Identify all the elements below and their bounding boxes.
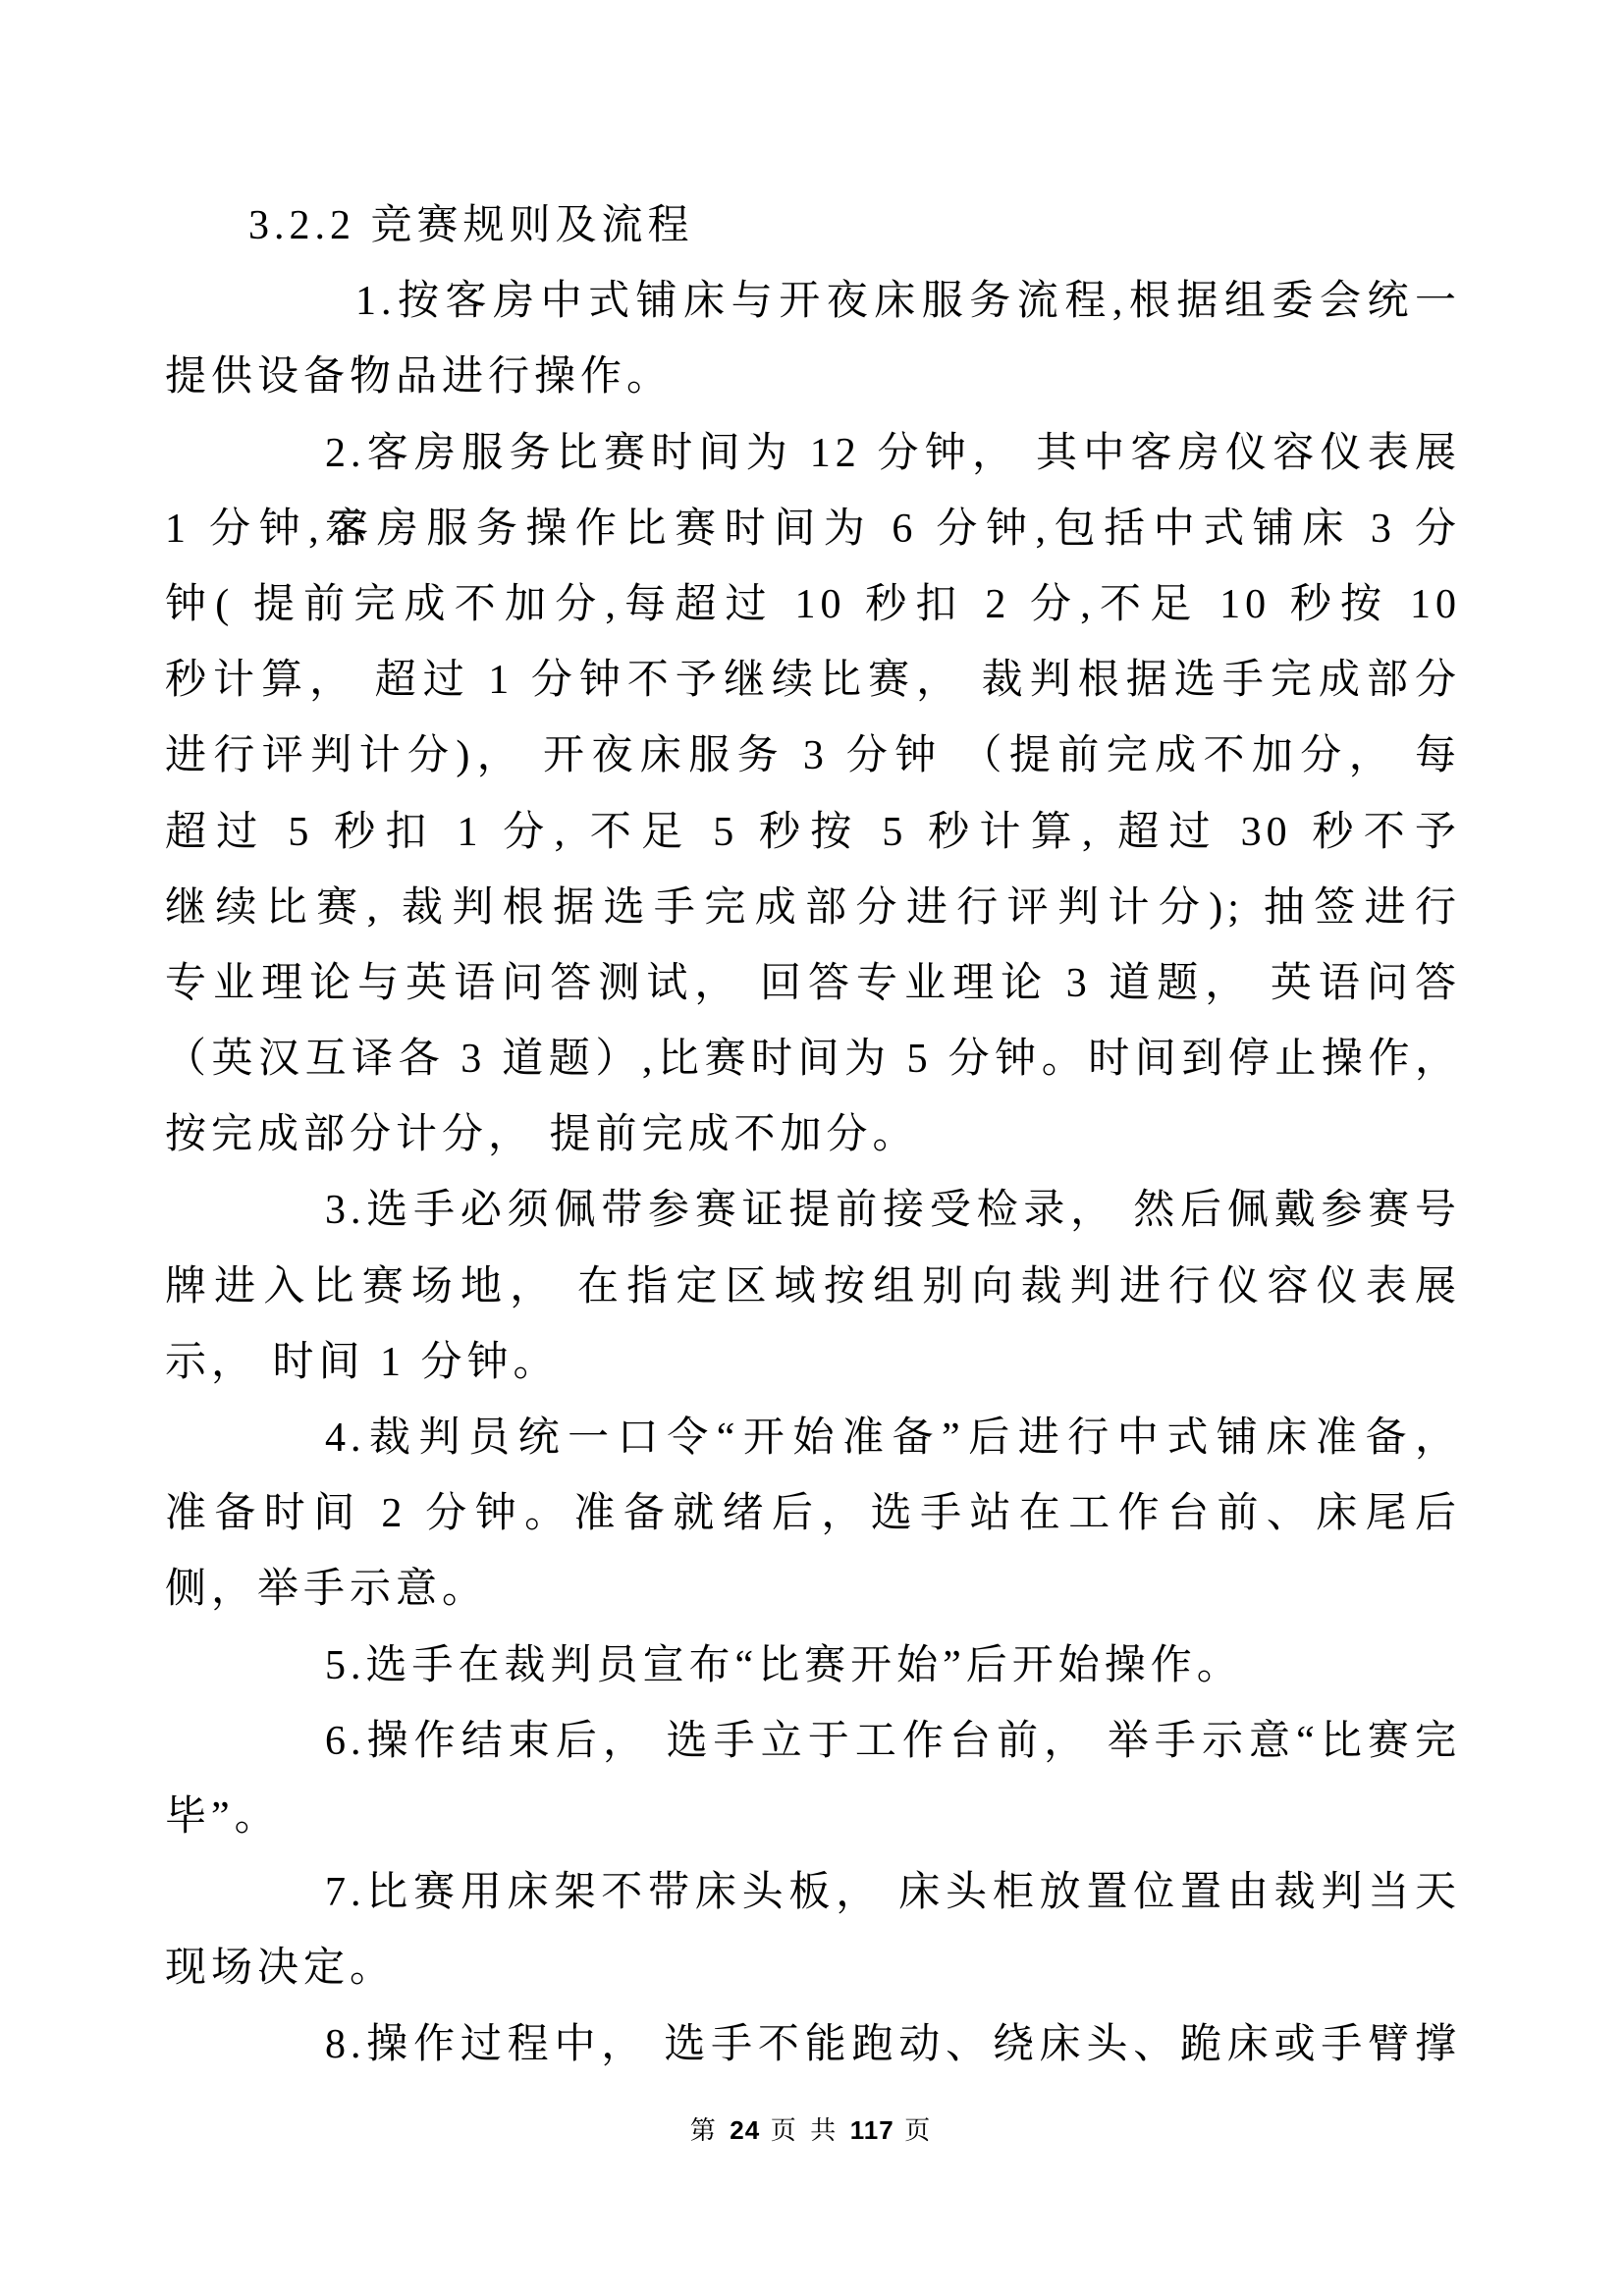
document-page: 3.2.2 竞赛规则及流程 1.按客房中式铺床与开夜床服务流程,根据组委会统一 …: [0, 0, 1624, 2296]
text-line: 牌进入比赛场地， 在指定区域按组别向裁判进行仪容仪表展: [165, 1250, 1461, 1325]
text-line: 侧，举手示意。: [165, 1552, 1461, 1628]
footer-label-page: 页: [904, 2116, 934, 2145]
text-line: 8.操作过程中， 选手不能跑动、绕床头、跪床或手臂撑: [165, 2007, 1461, 2083]
text-line: 继续比赛, 裁判根据选手完成部分进行评判计分); 抽签进行: [165, 871, 1461, 946]
footer-label-page: 页: [771, 2116, 800, 2145]
text-line: 1 分钟,客房服务操作比赛时间为 6 分钟,包括中式铺床 3 分: [165, 492, 1461, 567]
text-line: 现场决定。: [165, 1931, 1461, 2006]
document-body: 3.2.2 竞赛规则及流程 1.按客房中式铺床与开夜床服务流程,根据组委会统一 …: [165, 188, 1461, 2083]
text-line: 按完成部分计分， 提前完成不加分。: [165, 1097, 1461, 1173]
text-line: 7.比赛用床架不带床头板， 床头柜放置位置由裁判当天: [165, 1855, 1461, 1931]
footer-label-gong: 共: [810, 2116, 839, 2145]
footer-page-number: 24: [730, 2115, 760, 2145]
text-line: 3.选手必须佩带参赛证提前接受检录， 然后佩戴参赛号: [165, 1173, 1461, 1249]
text-line: 6.操作结束后， 选手立于工作台前， 举手示意“比赛完: [165, 1704, 1461, 1780]
text-line: 秒计算， 超过 1 分钟不予继续比赛， 裁判根据选手完成部分: [165, 643, 1461, 719]
text-line: 示， 时间 1 分钟。: [165, 1325, 1461, 1401]
section-heading: 3.2.2 竞赛规则及流程: [165, 188, 1461, 264]
text-line: 准备时间 2 分钟。准备就绪后，选手站在工作台前、床尾后: [165, 1476, 1461, 1552]
text-line: 毕”。: [165, 1780, 1461, 1855]
footer-label-di: 第: [690, 2116, 720, 2145]
page-footer: 第 24 页 共 117 页: [0, 2110, 1624, 2147]
text-line: 超过 5 秒扣 1 分, 不足 5 秒按 5 秒计算, 超过 30 秒不予: [165, 795, 1461, 871]
text-line: 提供设备物品进行操作。: [165, 340, 1461, 415]
text-line: 4.裁判员统一口令“开始准备”后进行中式铺床准备，: [165, 1401, 1461, 1476]
text-line: 进行评判计分)， 开夜床服务 3 分钟 （提前完成不加分， 每: [165, 719, 1461, 794]
text-line: 专业理论与英语问答测试， 回答专业理论 3 道题， 英语问答: [165, 946, 1461, 1022]
text-line: 5.选手在裁判员宣布“比赛开始”后开始操作。: [165, 1629, 1461, 1704]
text-line: （英汉互译各 3 道题）,比赛时间为 5 分钟。时间到停止操作，: [165, 1022, 1461, 1097]
text-line: 钟( 提前完成不加分,每超过 10 秒扣 2 分,不足 10 秒按 10: [165, 567, 1461, 643]
text-line: 1.按客房中式铺床与开夜床服务流程,根据组委会统一: [165, 264, 1461, 340]
footer-total-pages: 117: [850, 2115, 894, 2145]
text-line: 2.客房服务比赛时间为 12 分钟， 其中客房仪容仪表展示: [165, 416, 1461, 492]
